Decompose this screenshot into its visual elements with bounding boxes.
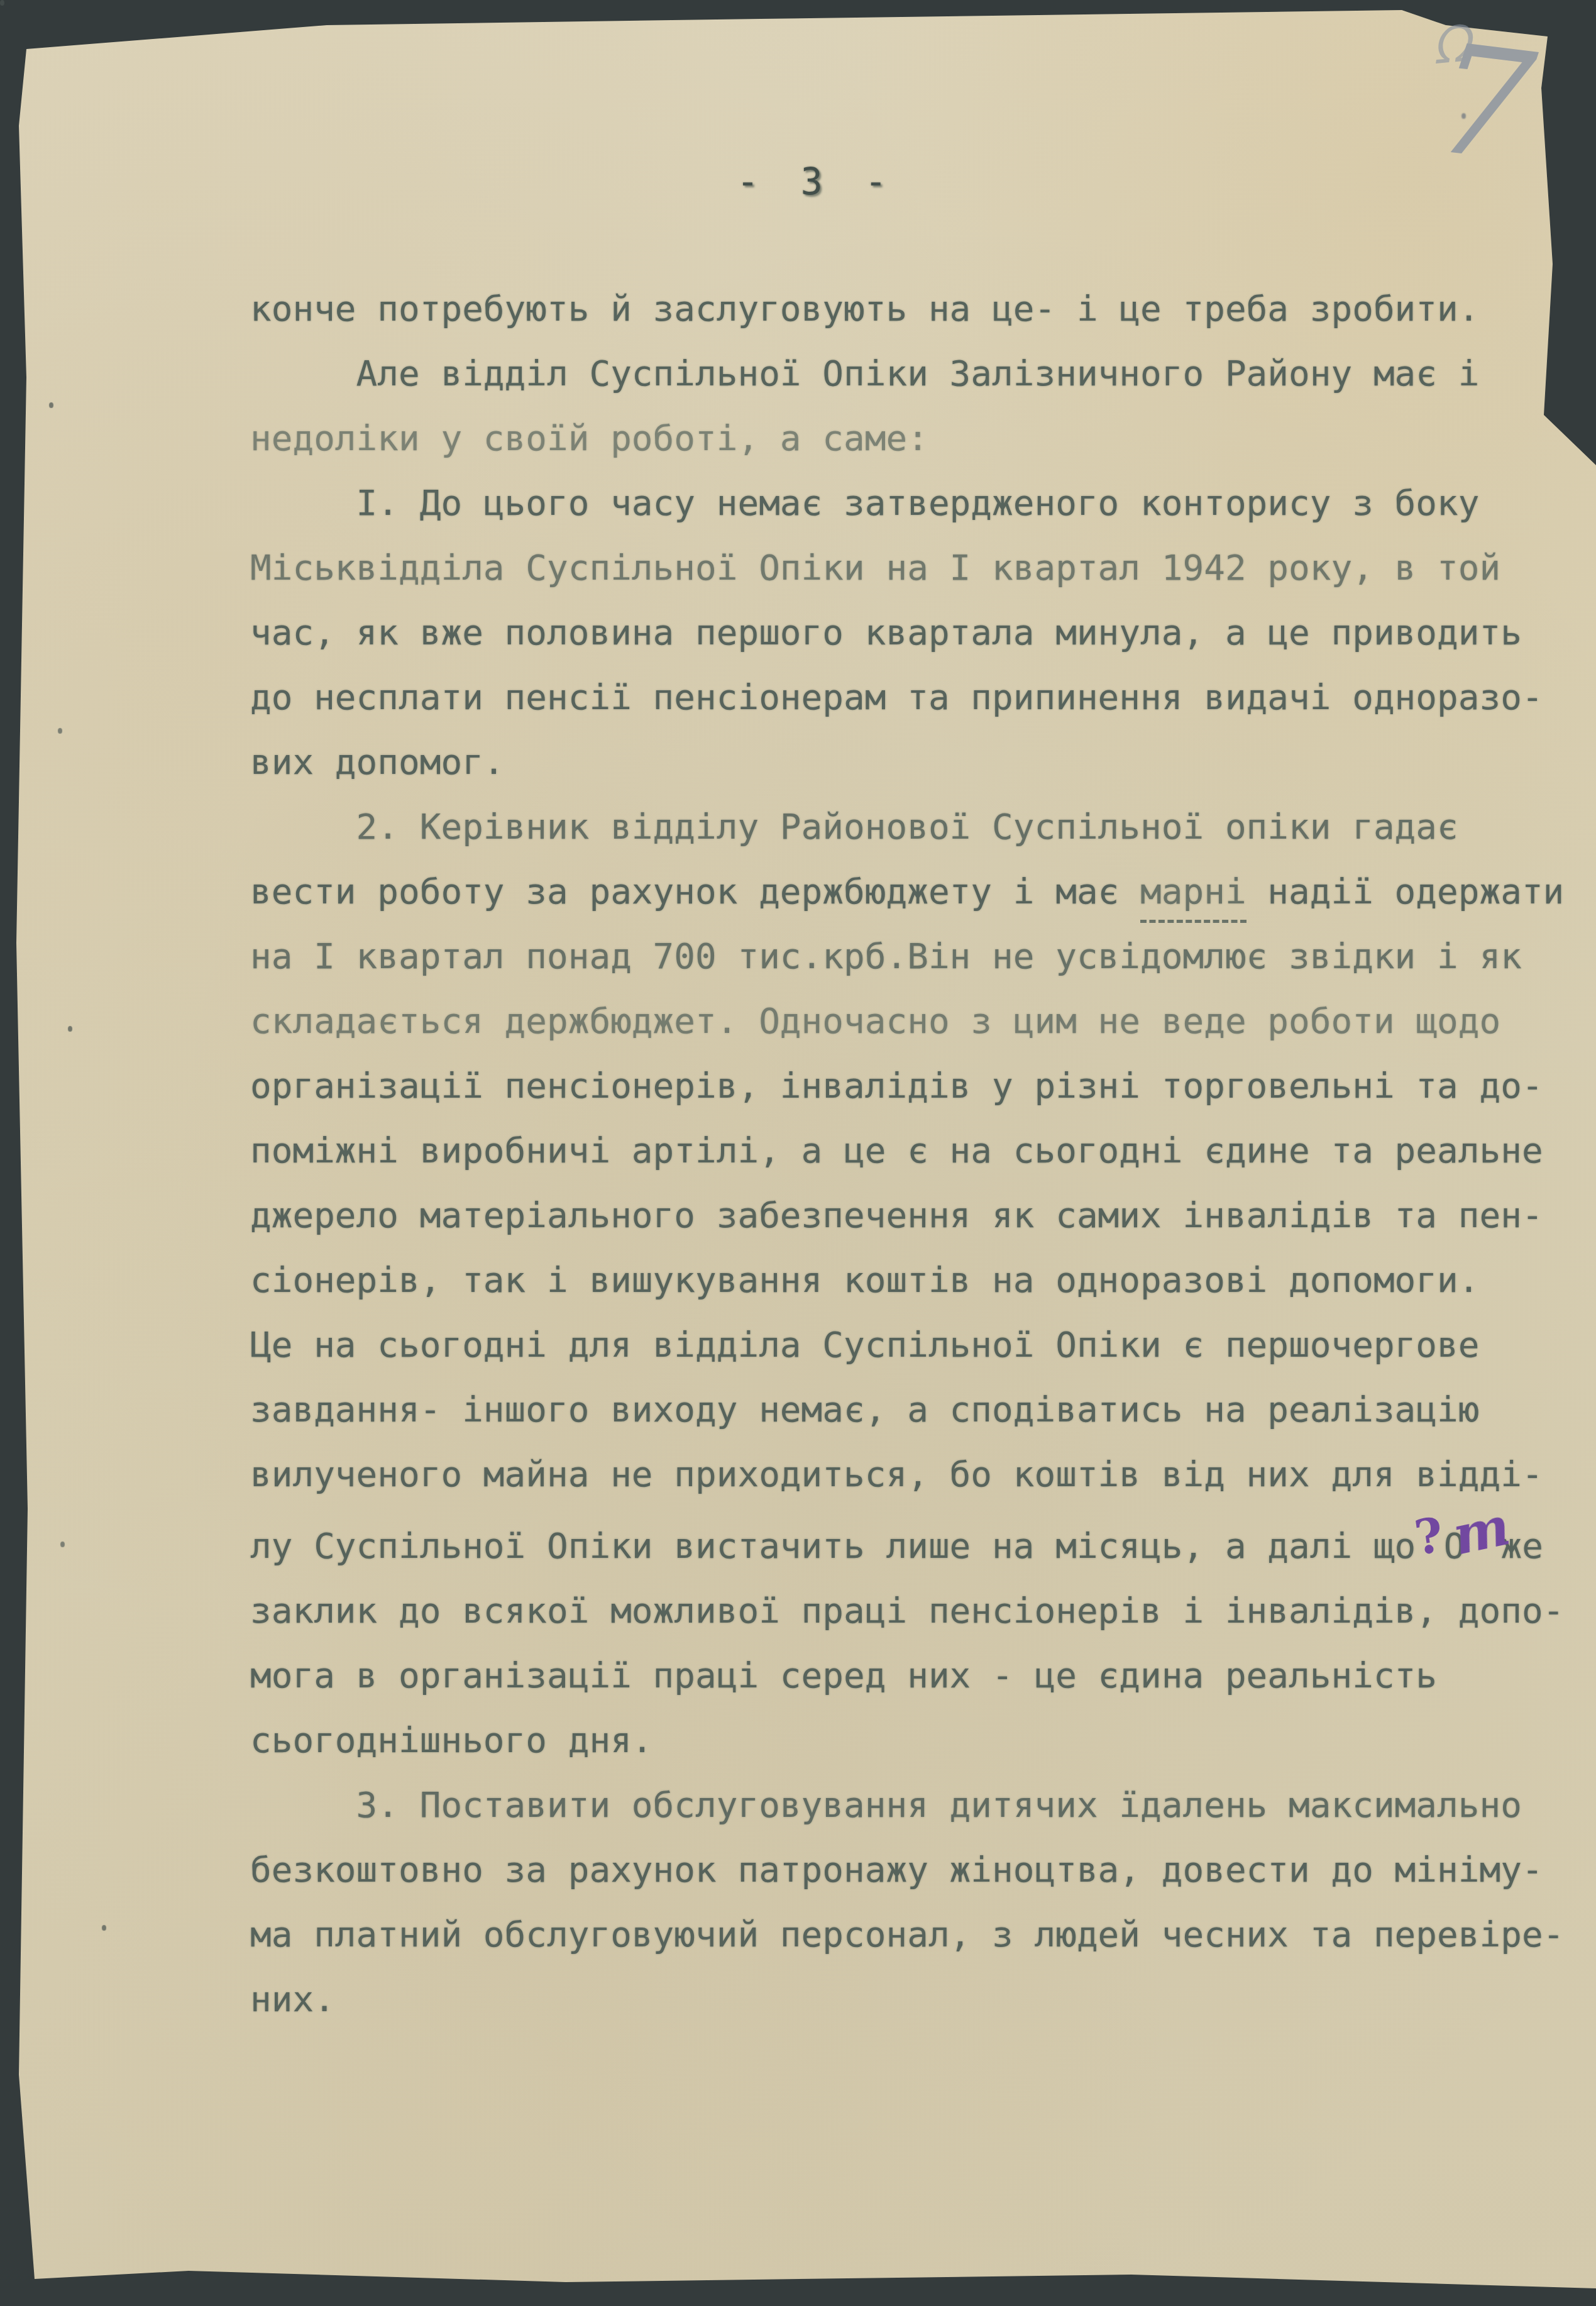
typed-line: І. До цього часу немає затвердженого кон… — [250, 471, 1577, 536]
typed-line: лу Суспільної Опіки вистачить лише на мі… — [250, 1507, 1577, 1579]
typed-line: джерело матеріального забезпечення як са… — [250, 1183, 1577, 1248]
typed-line: мога в організації праці серед них - це … — [250, 1643, 1577, 1708]
typed-line: організації пенсіонерів, інвалідів у різ… — [250, 1054, 1577, 1118]
typed-line: них. — [250, 1967, 1577, 2032]
typed-line: вести роботу за рахунок держбюджету і ма… — [250, 859, 1577, 924]
typed-line: час, як вже половина першого квартала ми… — [250, 600, 1577, 665]
handwritten-ink-mark: ? — [1411, 1502, 1447, 1570]
typed-line: безкоштовно за рахунок патронажу жіноцтв… — [250, 1838, 1577, 1902]
typed-body: конче потребують й заслуговують на це- і… — [250, 277, 1577, 2032]
paragraph: 3. Поставити обслуговування дитячих їдал… — [250, 1773, 1577, 2032]
typed-text: лу Суспільної Опіки вистачить лише на мі… — [250, 1526, 1416, 1567]
typed-line: конче потребують й заслуговують на це- і… — [250, 277, 1577, 341]
typed-text: вести роботу за рахунок держбюджету і ма… — [250, 871, 1140, 912]
typed-line: 3. Поставити обслуговування дитячих їдал… — [250, 1773, 1577, 1838]
dashed-underlined-word: марні — [1140, 871, 1247, 923]
typed-line: Міськвідділа Суспільної Опіки на І кварт… — [250, 536, 1577, 600]
page-header-number: - 3 - — [737, 160, 897, 203]
typed-line: Це на сьогодні для відділа Суспільної Оп… — [250, 1313, 1577, 1377]
typed-line: вилученого майна не приходиться, бо кошт… — [250, 1442, 1577, 1507]
typed-line: до несплати пенсії пенсіонерам та припин… — [250, 665, 1577, 730]
typed-line: вих допомог. — [250, 730, 1577, 795]
typed-line: сьогоднішнього дня. — [250, 1708, 1577, 1773]
typed-line: заклик до всякої можливої праці пенсіоне… — [250, 1579, 1577, 1643]
typed-line: Але відділ Суспільної Опіки Залізничного… — [250, 341, 1577, 406]
typed-line: поміжні виробничі артілі, а це є на сьог… — [250, 1118, 1577, 1183]
paragraph: конче потребують й заслуговують на це- і… — [250, 277, 1577, 341]
typed-line: складається держбюджет. Одночасно з цим … — [250, 989, 1577, 1054]
document-scan: 7 - 3 - конче потребують й заслуговують … — [0, 0, 1596, 2306]
typed-text: надії одержати — [1247, 871, 1565, 912]
dust-speck — [0, 0, 4, 6]
typed-line: ма платний обслуговуючий персонал, з люд… — [250, 1902, 1577, 1967]
typed-line: недоліки у своїй роботі, а саме: — [250, 406, 1577, 471]
paragraph: Але відділ Суспільної Опіки Залізничного… — [250, 341, 1577, 471]
typed-line: завдання- іншого виходу немає, а сподіва… — [250, 1377, 1577, 1442]
paragraph: І. До цього часу немає затвердженого кон… — [250, 471, 1577, 795]
typed-line: на І квартал понад 700 тис.крб.Він не ус… — [250, 924, 1577, 989]
typed-line: сіонерів, так і вишукування коштів на од… — [250, 1248, 1577, 1313]
handwritten-page-number: 7 — [1428, 23, 1541, 185]
typed-line: 2. Керівник відділу Районової Суспільної… — [250, 795, 1577, 859]
paragraph: 2. Керівник відділу Районової Суспільної… — [250, 795, 1577, 1773]
